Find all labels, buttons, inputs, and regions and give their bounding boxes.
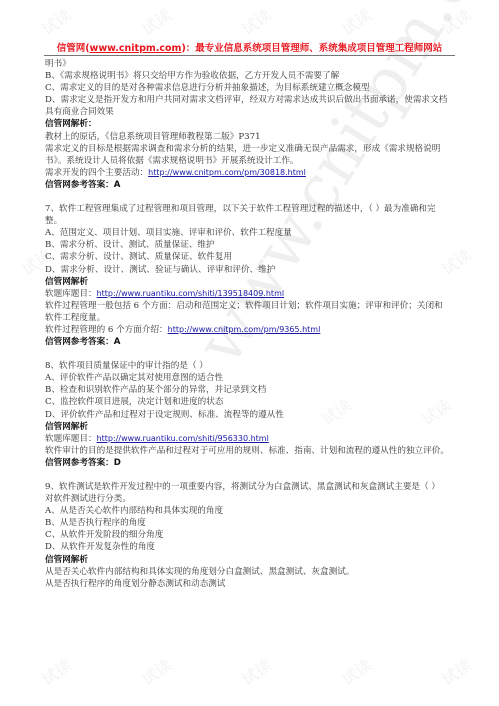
q8-option-c: C、监控软件项目进展，决定计划和进度的状态	[45, 396, 457, 408]
q9-option-b: B、从是否执行程序的角度	[45, 517, 457, 529]
q6-analysis-line: 书》。系统设计人员将依据《需求规格说明书》开展系统设计工作。	[45, 155, 457, 167]
q7-answer: 信管网参考答案：A	[45, 336, 457, 348]
q8-analysis-title: 信管网解析	[45, 421, 457, 433]
q7-link-prefix: 软件过程管理的 6 个方面介绍：	[45, 325, 168, 335]
q9-option-c: C、从软件开发阶段的细分角度	[45, 529, 457, 541]
spacer	[45, 348, 457, 360]
q9-question: 9、软件测试是软件开发过程中的一项重要内容，将测试分为白盒测试、黑盒测试和灰盒测…	[45, 481, 457, 493]
watermark: 试读	[436, 653, 475, 690]
q9-question-cont: 对软件测试进行分类。	[45, 493, 457, 505]
watermark: 试读	[36, 3, 75, 40]
header-brand: 信管网(	[57, 43, 90, 54]
q9-analysis-line: 从是否关心软件内部结构和具体实现的角度划分白盒测试、黑盒测试、灰盒测试。	[45, 566, 457, 578]
spacer	[45, 191, 457, 203]
watermark: 试读	[136, 653, 175, 690]
q8-option-b: B、检查和识别软件产品的某个部分的异常，并记录到文档	[45, 384, 457, 396]
q6-option-c: C、需求定义的目的是对各种需求信息进行分析并抽象描述，为目标系统建立概念模型	[45, 82, 457, 94]
watermark: 试读	[336, 3, 375, 40]
q6-analysis-line: 需求定义的目标是根据需求调查和需求分析的结果，进一步定义准确无误产品需求，形成《…	[45, 143, 457, 155]
watermark: 试读	[136, 3, 175, 40]
q7-option-a: A、范围定义、项目计划、项目实施、评审和评价、软件工程度量	[45, 227, 457, 239]
q7-link-line: 软件过程管理的 6 个方面介绍：http://www.cnitpm.com/pm…	[45, 324, 457, 336]
q9-analysis-title: 信管网解析	[45, 554, 457, 566]
header-tagline: )：最专业信息系统项目管理师、系统集成项目管理工程师网站	[181, 43, 442, 54]
q9-option-a: A、从是否关心软件内部结构和具体实现的角度	[45, 505, 457, 517]
watermark: 试读	[36, 653, 75, 690]
q7-question-cont: 整。	[45, 215, 457, 227]
q8-option-a: A、评价软件产品以确定其对使用意图的适合性	[45, 372, 457, 384]
q9-analysis-line: 从是否执行程序的角度划分静态测试和动态测试	[45, 578, 457, 590]
q6-option-line: 明书》	[45, 58, 457, 70]
q8-bank-prefix: 软题库题目：	[45, 434, 97, 444]
q8-bank-link[interactable]: http://www.ruantiku.com/shiti/956330.htm…	[97, 434, 269, 443]
spacer	[45, 469, 457, 481]
q6-analysis-title: 信管网解析：	[45, 118, 457, 130]
q7-reference-link[interactable]: http://www.cnitpm.com/pm/9365.html	[168, 325, 321, 334]
q6-option-b: B、《需求规格说明书》将只交给甲方作为验收依据，乙方开发人员不需要了解	[45, 70, 457, 82]
q7-option-b: B、需求分析、设计、测试、质量保证、维护	[45, 239, 457, 251]
q9-option-d: D、从软件开发复杂性的角度	[45, 541, 457, 553]
q6-option-d-cont: 具有商业合同效果	[45, 106, 457, 118]
document-body: 明书》 B、《需求规格说明书》将只交给甲方作为验收依据，乙方开发人员不需要了解 …	[45, 58, 457, 590]
q7-option-c: C、需求分析、设计、测试、质量保证、软件复用	[45, 251, 457, 263]
header-site-link[interactable]: www.cnitpm.com	[90, 43, 182, 54]
q6-analysis-line: 教材上的原话，《信息系统项目管理师教程第二版》P371	[45, 131, 457, 143]
header-divider	[44, 55, 455, 56]
q6-option-d: D、需求定义是指开发方和用户共同对需求文档评审，经双方对需求达成共识后做出书面承…	[45, 94, 457, 106]
q7-bank-line: 软题库题目：http://www.ruantiku.com/shiti/1395…	[45, 288, 457, 300]
page-header: 信管网(www.cnitpm.com)：最专业信息系统项目管理师、系统集成项目管…	[0, 40, 499, 54]
q7-analysis-line: 软件过程管理一般包括 6 个方面：启动和范围定义；软件项目计划；软件项目实施；评…	[45, 300, 457, 312]
q7-option-d: D、需求分析、设计、测试、验证与确认、评审和评价、维护	[45, 264, 457, 276]
watermark: 试读	[236, 3, 275, 40]
watermark: 试读	[336, 653, 375, 690]
watermark: 试读	[436, 3, 475, 40]
q7-bank-prefix: 软题库题目：	[45, 289, 97, 299]
q8-option-d: D、评价软件产品和过程对于设定规则、标准、流程等的遵从性	[45, 409, 457, 421]
q7-analysis-title: 信管网解析	[45, 276, 457, 288]
q7-question: 7、软件工程管理集成了过程管理和项目管理，以下关于软件工程管理过程的描述中，（ …	[45, 203, 457, 215]
q7-analysis-line: 软件工程度量。	[45, 312, 457, 324]
q8-question: 8、软件项目质量保证中的审计指的是（ ）	[45, 360, 457, 372]
watermark: 试读	[236, 653, 275, 690]
q6-reference-link[interactable]: http://www.cnitpm.com/pm/30818.html	[148, 168, 306, 177]
q7-bank-link[interactable]: http://www.ruantiku.com/shiti/139518409.…	[97, 289, 285, 298]
q8-analysis-line: 软件审计的目的是提供软件产品和过程对于可应用的规则、标准、指南、计划和流程的遵从…	[45, 445, 457, 457]
q6-link-prefix: 需求开发的四个主要活动：	[45, 168, 148, 178]
q8-bank-line: 软题库题目：http://www.ruantiku.com/shiti/9563…	[45, 433, 457, 445]
q6-link-line: 需求开发的四个主要活动：http://www.cnitpm.com/pm/308…	[45, 167, 457, 179]
q6-answer: 信管网参考答案：A	[45, 179, 457, 191]
q8-answer: 信管网参考答案：D	[45, 457, 457, 469]
